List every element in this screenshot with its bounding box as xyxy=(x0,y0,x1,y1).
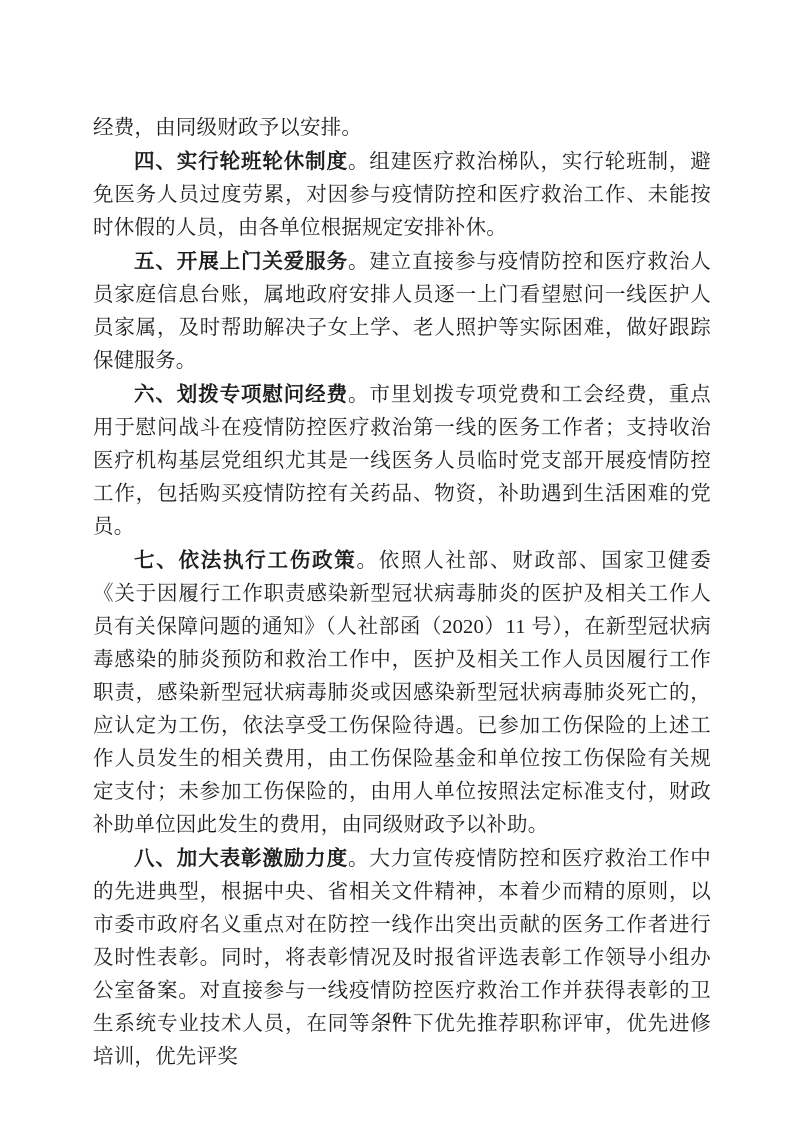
paragraph-section-4: 四、实行轮班轮休制度。组建医疗救治梯队，实行轮班制，避免医务人员过度劳累，对因参… xyxy=(93,145,711,245)
section-7-body: 。依照人社部、财政部、国家卫健委《关于因履行工作职责感染新型冠状病毒肺炎的医护及… xyxy=(93,550,711,836)
document-body: 经费，由同级财政予以安排。 四、实行轮班轮休制度。组建医疗救治梯队，实行轮班制，… xyxy=(93,112,711,1074)
section-4-heading: 四、实行轮班轮休制度 xyxy=(134,150,348,173)
paragraph-section-6: 六、划拨专项慰问经费。市里划拨专项党费和工会经费，重点用于慰问战斗在疫情防控医疗… xyxy=(93,378,711,544)
paragraph-section-8: 八、加大表彰激励力度。大力宣传疫情防控和医疗救治工作中的先进典型，根据中央、省相… xyxy=(93,842,711,1074)
section-7-heading: 七、依法执行工伤政策 xyxy=(134,549,357,572)
paragraph-text: 经费，由同级财政予以安排。 xyxy=(93,117,362,139)
section-8-heading: 八、加大表彰激励力度 xyxy=(134,847,348,870)
page-number: 161 xyxy=(0,1008,793,1030)
section-8-body: 。大力宣传疫情防控和医疗救治工作中的先进典型，根据中央、省相关文件精神，本着少而… xyxy=(93,848,711,1068)
document-page: 经费，由同级财政予以安排。 四、实行轮班轮休制度。组建医疗救治梯队，实行轮班制，… xyxy=(0,0,793,1122)
section-6-body: 。市里划拨专项党费和工会经费，重点用于慰问战斗在疫情防控医疗救治第一线的医务工作… xyxy=(93,384,711,538)
paragraph-section-5: 五、开展上门关爱服务。建立直接参与疫情防控和医疗救治人员家庭信息台账，属地政府安… xyxy=(93,245,711,378)
section-6-heading: 六、划拨专项慰问经费 xyxy=(134,383,348,406)
paragraph-section-7: 七、依法执行工伤政策。依照人社部、财政部、国家卫健委《关于因履行工作职责感染新型… xyxy=(93,544,711,842)
section-5-heading: 五、开展上门关爱服务 xyxy=(134,250,348,273)
paragraph-continuation: 经费，由同级财政予以安排。 xyxy=(93,112,711,145)
